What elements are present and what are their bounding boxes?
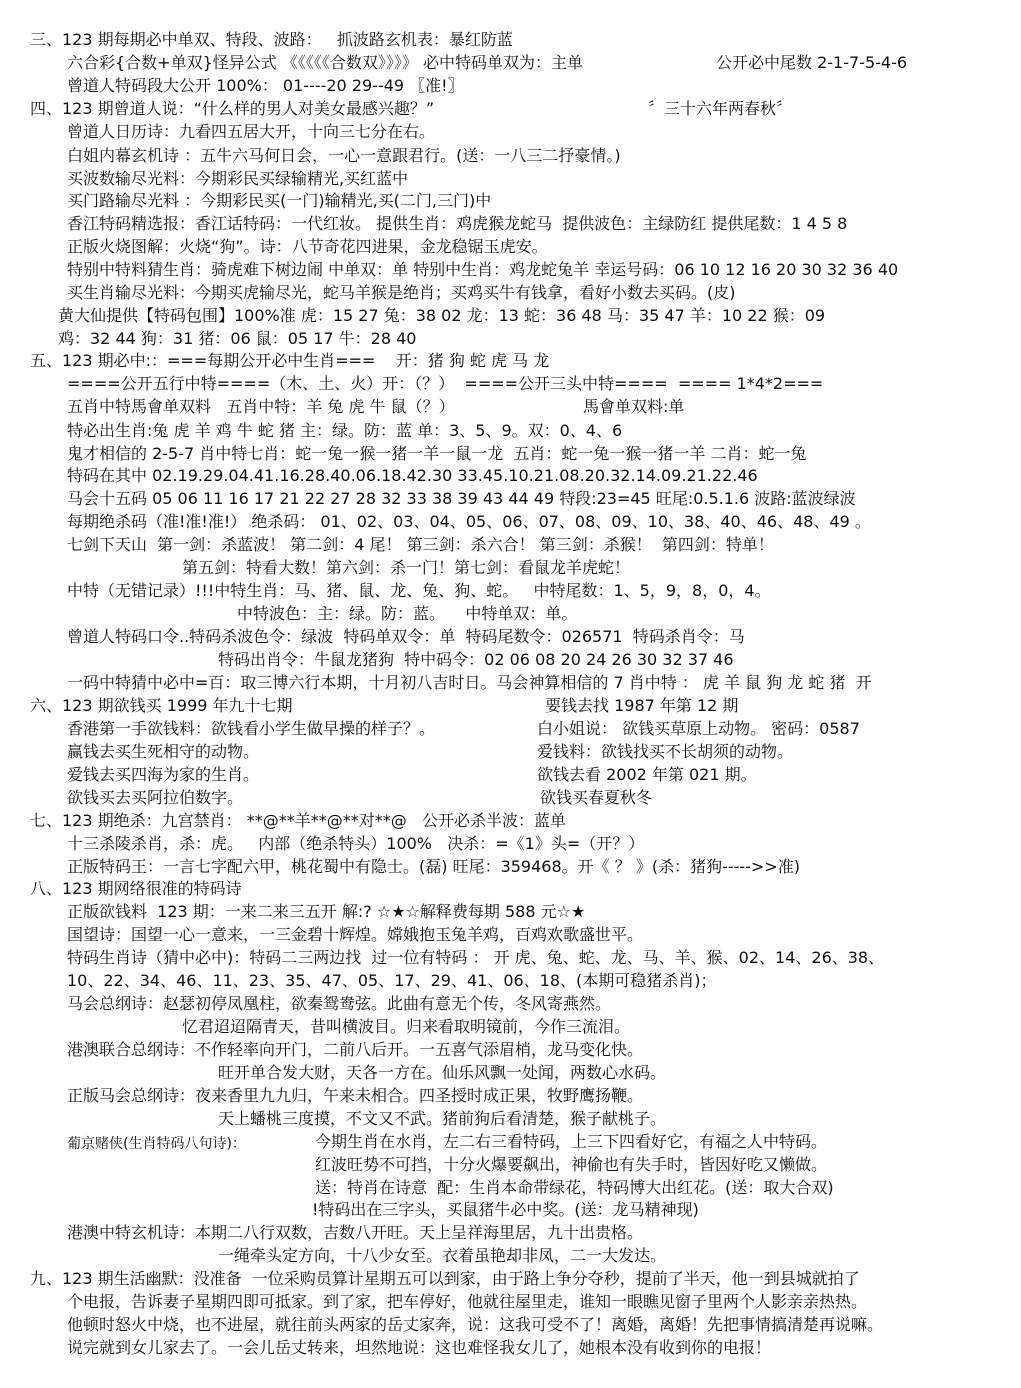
text-line: 正版特码王：一言七字配六甲，桃花蜀中有隐士。(磊) 旺尾：359468。开《 ？… <box>67 856 800 878</box>
text-line: 曾道人特码口令..特码杀波色令：绿波 特码单双令：单 特码尾数令：026571 … <box>67 626 745 648</box>
text-line: 他顿时怒火中烧，也不进屋，就往前头两家的岳丈家奔，说：这我可受不了！离婚，离婚！… <box>67 1314 883 1336</box>
text-line: 特码出肖令：牛鼠龙猪狗 特中码令：02 06 08 20 24 26 30 32… <box>218 649 734 671</box>
text-line: 六合彩{合数+单双}怪异公式 《《《《《合数双》》》》 必中特码单双为：主单 <box>67 52 583 74</box>
text-line: 七剑下天山 第一剑：杀蓝波！ 第二剑：4 尾！ 第三剑：杀六合！ 第三剑：杀猴！… <box>67 534 774 556</box>
text-line: 忆君迢迢隔青天，昔叫横波目。归来看取明镜前，今作三流泪。 <box>182 1016 630 1038</box>
text-line: 中特（无错记录）!!!中特生肖：马、猪、鼠、龙、兔、狗、蛇。 中特尾数：1、5，… <box>67 580 771 602</box>
text-line: 葡京赌侠(生肖特码八句诗)： <box>67 1133 246 1155</box>
text-line: 九、123 期生活幽默：没准备 一位采购员算计星期五可以到家，由于路上争分夺秒，… <box>30 1268 860 1290</box>
text-line: 说完就到女儿家去了。一会儿岳丈转来，坦然地说：这也难怪我女儿了，她根本没有收到你… <box>67 1337 771 1359</box>
text-line: 爱钱料：欲钱找买不长胡须的动物。 <box>537 741 793 763</box>
text-line: 港澳联合总纲诗：不作轻率向开门，二前八后开。一五喜气添眉梢，龙马变化快。 <box>67 1039 643 1061</box>
text-line: 国望诗：国望一心一意来，一三金碧十辉煌。嫦娥抱玉兔羊鸡，百鸡欢歌盛世平。 <box>67 924 643 946</box>
text-line: 七、123 期绝杀：九宫禁肖： **@**羊**@**对**@ 公开必杀半波：蓝… <box>30 810 566 832</box>
text-line: 送：特肖在诗意 配：生肖本命带绿花，特码博大出红花。(送：取大合双) <box>315 1177 834 1199</box>
text-line: 中特波色：主：绿。防：蓝。 中特单双：单。 <box>237 603 577 625</box>
text-line: 〞三十六年两春秋〞 <box>648 98 792 120</box>
text-line: 欲钱去看 2002 年第 021 期。 <box>537 764 757 786</box>
text-line: 特码生肖诗（猜中必中)：特码二三两边找 过一位有特码 ： 开 虎、兔、蛇、龙、马… <box>67 947 884 969</box>
text-line: 曾道人日历诗：九看四五居大开，十向三七分在右。 <box>67 121 435 143</box>
text-line: 正版马会总纲诗：夜来香里九九归，午来未相合。四圣授时成正果，牧野鹰扬鞭。 <box>67 1085 643 1107</box>
text-line: 五肖中特馬會单双料 五肖中特：羊 兔 虎 牛 鼠（？） <box>67 396 455 418</box>
text-line: 买波数输尽光料：今期彩民买绿输精光,买红蓝中 <box>67 168 408 190</box>
text-line: 买门路输尽光料 ：今期彩民买(一门)输精光,买(二门,三门)中 <box>67 190 491 212</box>
text-line: 特码在其中 02.19.29.04.41.16.28.40.06.18.42.3… <box>67 465 758 487</box>
text-line: 欲钱买春夏秋冬 <box>540 787 652 809</box>
text-line: 10、22、34、46、11、23、35、47、05、17、29、41、06、1… <box>67 970 717 992</box>
text-line: 五、123 期必中:：===每期公开必中生肖=== 开：猪 狗 蛇 虎 马 龙 <box>30 350 549 372</box>
text-line: 三、123 期每期必中单双、特段、波路： 抓波路玄机表：暴红防蓝 <box>30 29 513 51</box>
text-line: !特码出在三字头，买鼠猪牛必中奖。(送：龙马精神现) <box>312 1199 699 1221</box>
text-line: 天上蟠桃三度摸，不文又不武。猪前狗后看清楚，猴子献桃子。 <box>218 1108 666 1130</box>
text-line: 个电报，告诉妻子星期四即可抵家。到了家，把车停好，他就往屋里走，谁知一眼瞧见窗子… <box>67 1291 867 1313</box>
text-line: 鸡：32 44 狗：31 猪：06 鼠：05 17 牛：28 40 <box>58 328 416 350</box>
text-line: ====公开五行中特====（木、土、火）开：（？） ====公开三头中特===… <box>67 373 823 395</box>
text-line: 八、123 期网络很准的特码诗 <box>30 878 242 900</box>
text-line: 马会十五码 05 06 11 16 17 21 22 27 28 32 33 3… <box>67 488 856 510</box>
text-line: 公开必中尾数 2-1-7-5-4-6 <box>716 52 907 74</box>
text-line: 每期绝杀码（准!准!准!） 绝杀码： 01、02、03、04、05、06、07、… <box>67 511 871 533</box>
text-line: 六、123 期欲钱买 1999 年九十七期 <box>30 695 293 717</box>
text-line: 香江特码精选报：香江话特码：一代红妆。 提供生肖：鸡虎猴龙蛇马 提供波色：主绿防… <box>67 213 847 235</box>
text-line: 特必出生肖:兔 虎 羊 鸡 牛 蛇 猪 主：绿。防：蓝 单：3、5、9。双：0、… <box>67 420 622 442</box>
text-line: 黄大仙提供【特码包围】100%准 虎：15 27 兔：38 02 龙：13 蛇：… <box>58 305 825 327</box>
text-line: 正版欲钱料 123 期：一来二来三五开 解:? ☆★☆解释费每期 588 元☆★ <box>67 901 585 923</box>
text-line: 特别中特料猜生肖：骑虎难下树边闹 中单双：单 特别中生肖：鸡龙蛇兔羊 幸运号码：… <box>67 259 898 281</box>
text-line: 爱钱去买四海为家的生肖。 <box>67 764 259 786</box>
text-line: 十三杀陵杀肖，杀：虎。 内部（绝杀特头）100% 决杀：=《1》头=（开？） <box>67 833 644 855</box>
text-line: 四、123 期曾道人说：“什么样的男人对美女最感兴趣？” <box>30 98 434 120</box>
text-line: 旺开单合发大财，天各一方在。仙乐风飘一处闻，两数心水码。 <box>218 1062 666 1084</box>
text-line: 曾道人特码段大公开 100%： 01----20 29--49 〖准!〗 <box>67 75 464 97</box>
text-line: 买生肖输尽光料：今期买虎输尽光，蛇马羊猴是绝肖；买鸡买牛有钱拿，看好小数去买码。… <box>67 282 736 304</box>
text-line: 一码中特猜中必中=百：取三博六行本期，十月初八吉时日。马会神算相信的 7 肖中特… <box>67 672 872 694</box>
text-line: 正版火烧图解：火烧“狗”。诗：八节奇花四进果，金龙稳锯玉虎安。 <box>67 236 548 258</box>
text-line: 一绳牵头定方向，十八少女至。衣着虽艳却非凤，二一大发达。 <box>218 1245 666 1267</box>
text-line: 马会总纲诗：赵瑟初停凤凰柱，欲秦鸳鸯弦。此曲有意无个传，冬风寄燕然。 <box>67 993 611 1015</box>
text-line: 港澳中特玄机诗：本期二八行双数，吉数八开旺。天上呈祥海里居，九十出贵格。 <box>67 1222 643 1244</box>
text-line: 红波旺势不可挡，十分火爆要飙出，神偷也有失手时，皆因好吃又懒做。 <box>315 1154 827 1176</box>
text-line: 欲钱买去买阿拉伯数字。 <box>67 787 243 809</box>
text-line: 赢钱去买生死相守的动物。 <box>67 741 259 763</box>
text-line: 香港第一手欲钱料：欲钱看小学生做早操的样子？。 <box>67 718 435 740</box>
text-line: 今期生肖在水肖，左二右三看特码，上三下四看好它，有福之人中特码。 <box>315 1131 827 1153</box>
text-line: 第五剑：特看大数！第六剑：杀一门！第七剑：看鼠龙羊虎蛇！ <box>182 557 630 579</box>
text-line: 鬼才相信的 2-5-7 肖中特七肖：蛇一兔一猴一猪一羊一鼠一龙 五肖：蛇一兔一猴… <box>67 443 807 465</box>
text-line: 白小姐说： 欲钱买草原上动物。 密码：0587 <box>537 718 860 740</box>
text-line: 要钱去找 1987 年第 12 期 <box>545 695 738 717</box>
text-line: 白姐内幕玄机诗 ：五牛六马何日会，一心一意跟君行。(送：一八三二抒豪情。) <box>67 145 621 167</box>
text-line: 馬會单双料:单 <box>583 396 684 418</box>
